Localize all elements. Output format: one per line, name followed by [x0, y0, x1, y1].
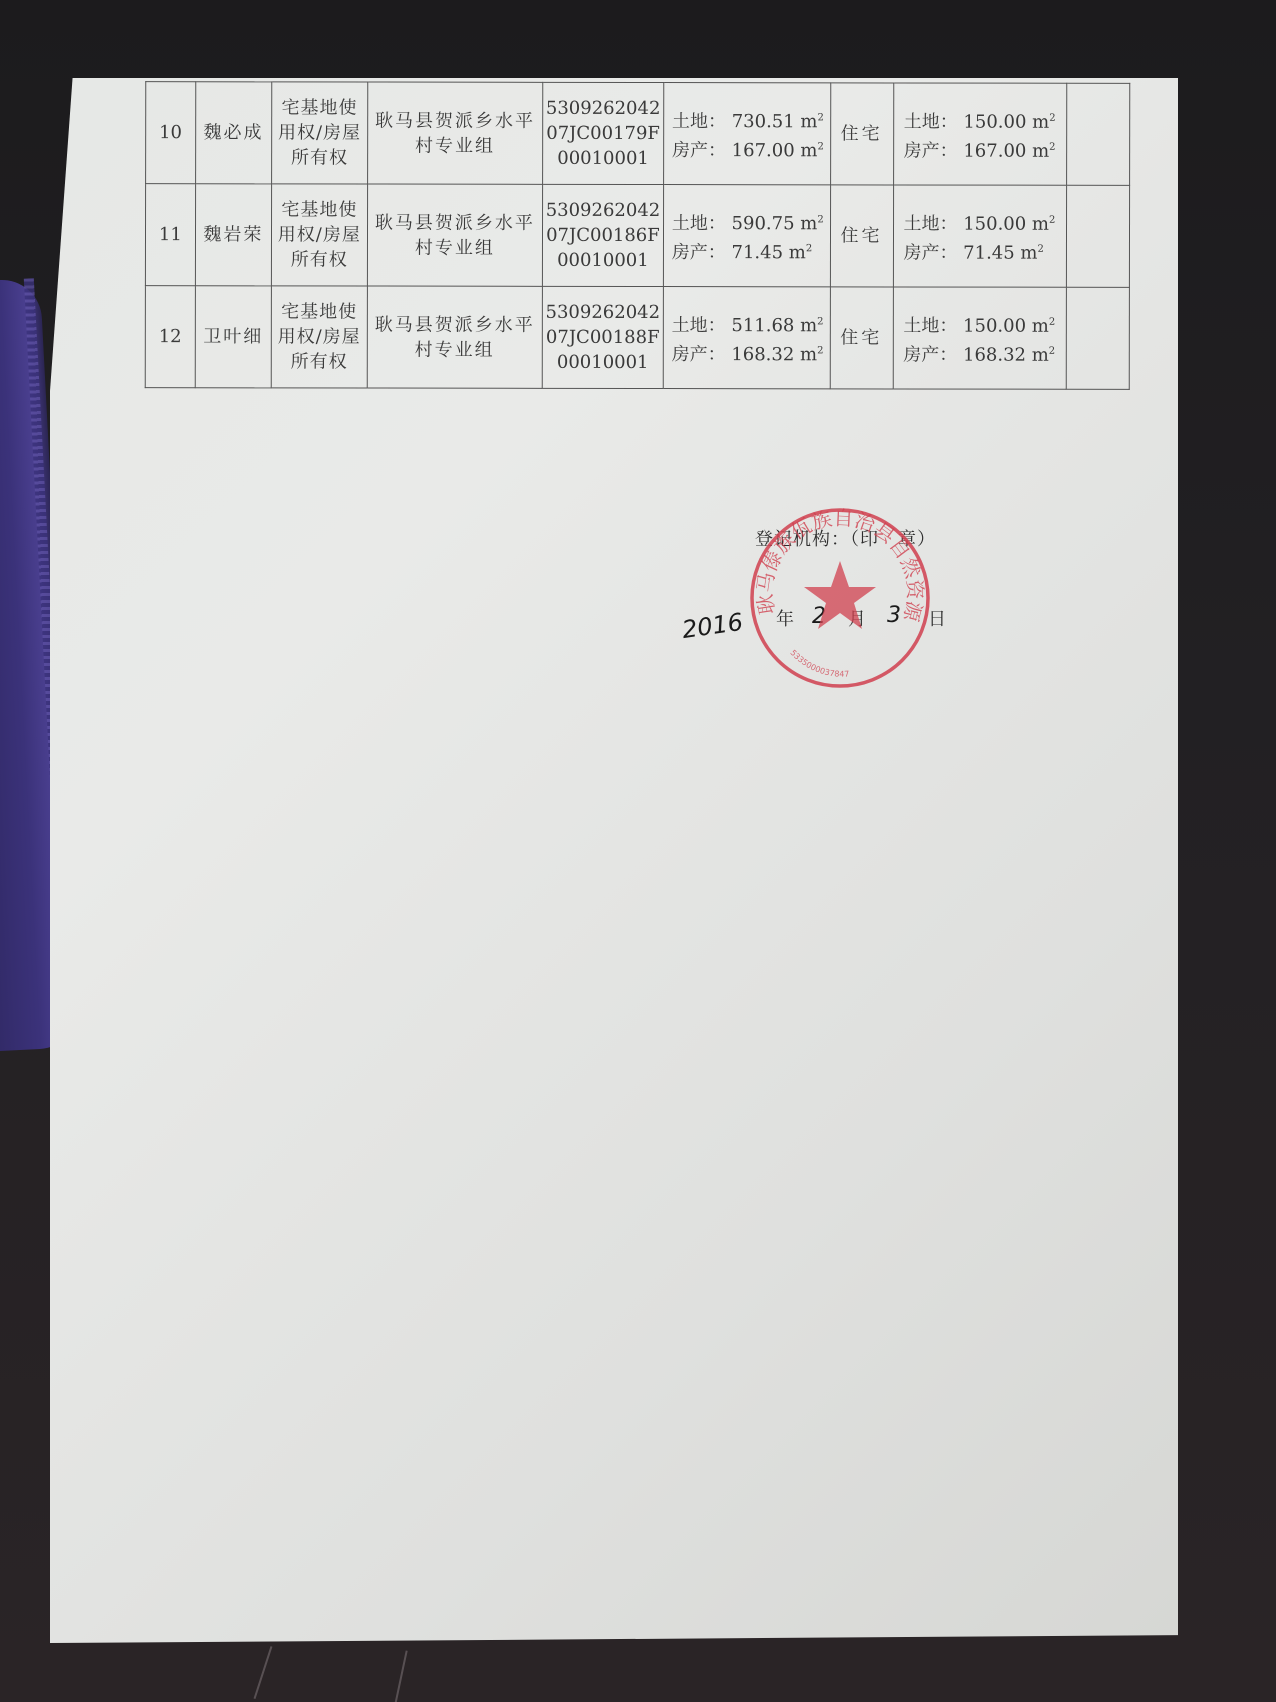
owner-name: 魏必成 — [195, 82, 271, 184]
location: 耿马县贺派乡水平村专业组 — [367, 82, 543, 184]
row-number: 11 — [145, 184, 195, 286]
table-scratch — [394, 1650, 407, 1702]
right-type: 宅基地使用权/房屋所有权 — [271, 184, 367, 286]
owner-name: 魏岩荣 — [195, 184, 271, 286]
official-red-seal: 耿马傣族佤族自治县自然资源局 5335000037847 — [745, 503, 935, 693]
right-type: 宅基地使用权/房屋所有权 — [272, 82, 368, 184]
table-scratch — [254, 1646, 272, 1699]
location: 耿马县贺派乡水平村专业组 — [367, 184, 543, 286]
table-row: 10魏必成宅基地使用权/房屋所有权耿马县贺派乡水平村专业组53092620420… — [146, 82, 1130, 186]
surveyed-area: 土地： 730.51 m2房产： 167.00 m2 — [663, 83, 830, 185]
owner-name: 卫叶细 — [195, 286, 271, 388]
row-number: 12 — [145, 286, 195, 388]
remarks — [1066, 287, 1129, 389]
parcel-code: 530926204207JC00188F00010001 — [542, 286, 663, 388]
registration-table: 10魏必成宅基地使用权/房屋所有权耿马县贺派乡水平村专业组53092620420… — [145, 81, 1131, 390]
table-row: 12卫叶细宅基地使用权/房屋所有权耿马县贺派乡水平村专业组53092620420… — [145, 286, 1129, 390]
certified-area: 土地： 150.00 m2房产： 167.00 m2 — [893, 83, 1067, 185]
land-use: 住宅 — [830, 185, 893, 287]
row-number: 10 — [146, 82, 196, 184]
surveyed-area: 土地： 511.68 m2房产： 168.32 m2 — [663, 287, 830, 389]
table-row: 11魏岩荣宅基地使用权/房屋所有权耿马县贺派乡水平村专业组53092620420… — [145, 184, 1129, 288]
right-type: 宅基地使用权/房屋所有权 — [271, 286, 367, 388]
parcel-code: 530926204207JC00179F00010001 — [543, 82, 664, 184]
certified-area: 土地： 150.00 m2房产： 71.45 m2 — [893, 185, 1067, 287]
surveyed-area: 土地： 590.75 m2房产： 71.45 m2 — [663, 185, 830, 287]
location: 耿马县贺派乡水平村专业组 — [367, 286, 543, 388]
land-use: 住宅 — [830, 287, 893, 389]
remarks — [1067, 83, 1130, 185]
land-use: 住宅 — [830, 83, 893, 185]
remarks — [1066, 185, 1129, 287]
certified-area: 土地： 150.00 m2房产： 168.32 m2 — [893, 287, 1067, 389]
parcel-code: 530926204207JC00186F00010001 — [542, 184, 663, 286]
